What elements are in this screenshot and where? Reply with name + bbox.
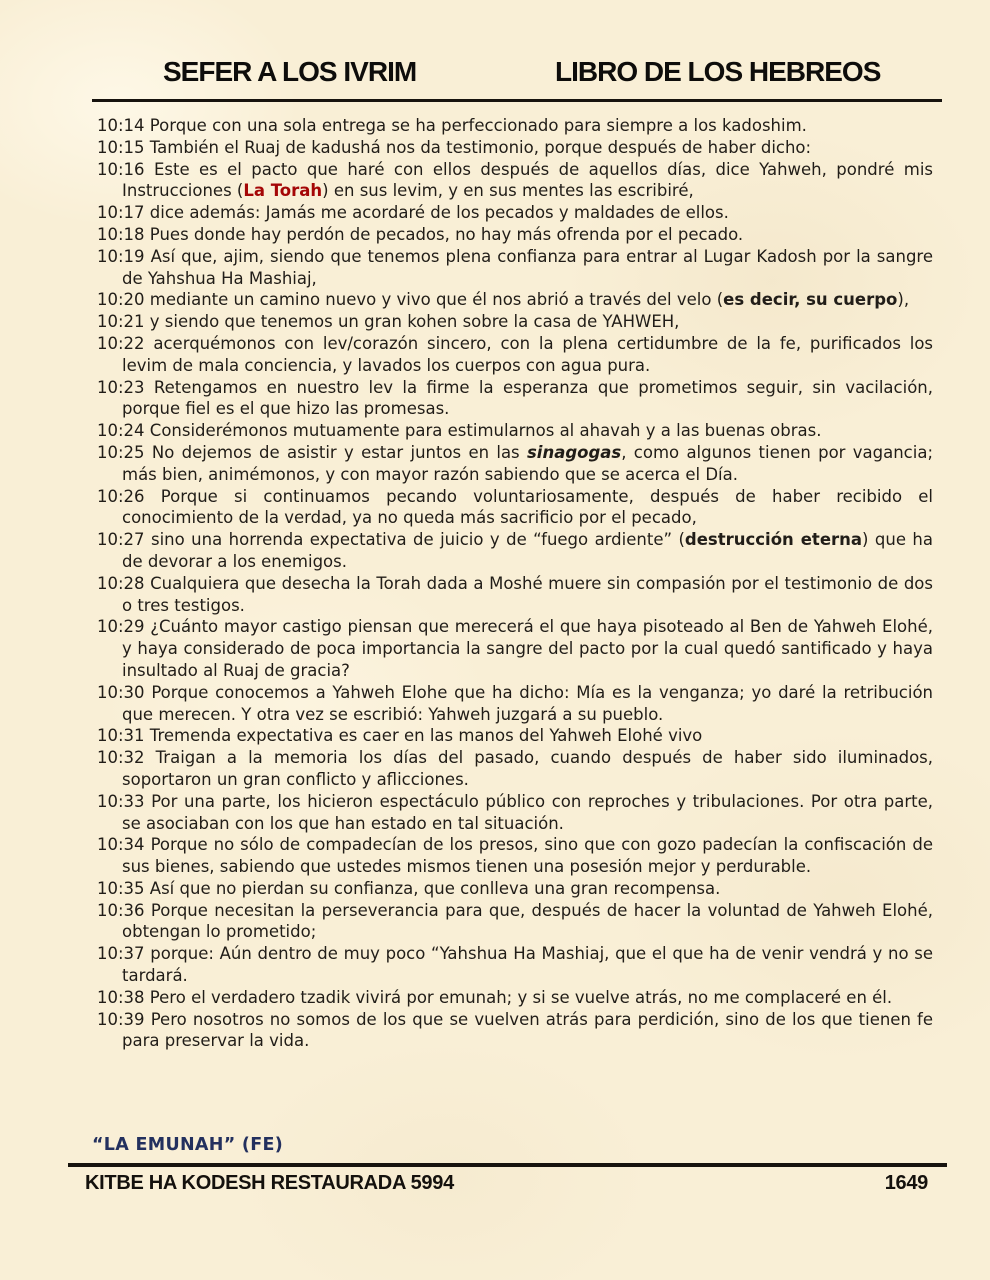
verse-10-26: 10:26 Porque si continuamos pecando volu… (97, 486, 933, 530)
verse-10-31: 10:31 Tremenda expectativa es caer en la… (97, 725, 933, 747)
verse-number: 10:20 (97, 290, 150, 309)
verse-text-segment: sino una horrenda expectativa de juicio … (151, 530, 685, 549)
verse-number: 10:29 (97, 617, 150, 636)
verse-10-39: 10:39 Pero nosotros no somos de los que … (97, 1009, 933, 1053)
verse-text-segment: Porque no sólo de compadecían de los pre… (122, 835, 933, 876)
verse-text-segment: acerquémonos con lev/corazón sincero, co… (122, 334, 933, 375)
verse-10-38: 10:38 Pero el verdadero tzadik vivirá po… (97, 987, 933, 1009)
verse-text-segment: sinagogas (527, 443, 621, 462)
verse-number: 10:14 (97, 116, 150, 135)
verse-text-segment: Así que no pierdan su confianza, que con… (150, 879, 721, 898)
verse-10-25: 10:25 No dejemos de asistir y estar junt… (97, 442, 933, 486)
verse-number: 10:19 (97, 247, 151, 266)
verse-number: 10:34 (97, 835, 151, 854)
verse-number: 10:32 (97, 748, 156, 767)
verse-10-17: 10:17 dice además: Jamás me acordaré de … (97, 202, 933, 224)
verse-10-14: 10:14 Porque con una sola entrega se ha … (97, 115, 933, 137)
verse-10-37: 10:37 porque: Aún dentro de muy poco “Ya… (97, 943, 933, 987)
verse-10-35: 10:35 Así que no pierdan su confianza, q… (97, 878, 933, 900)
verse-text-segment: Porque con una sola entrega se ha perfec… (150, 116, 807, 135)
verse-number: 10:28 (97, 574, 150, 593)
verse-10-36: 10:36 Porque necesitan la perseverancia … (97, 900, 933, 944)
header-title-hebrew-transliteration: SEFER A LOS IVRIM (163, 56, 416, 88)
verse-number: 10:15 (97, 138, 150, 157)
verse-number: 10:33 (97, 792, 151, 811)
verse-text-segment: Cualquiera que desecha la Torah dada a M… (122, 574, 933, 615)
verse-text-segment: También el Ruaj de kadushá nos da testim… (150, 138, 811, 157)
verse-text-segment: ), (897, 290, 909, 309)
verse-number: 10:22 (97, 334, 153, 353)
verse-10-29: 10:29 ¿Cuánto mayor castigo piensan que … (97, 616, 933, 681)
verse-number: 10:39 (97, 1010, 151, 1029)
verse-text-segment: destrucción eterna (685, 530, 862, 549)
verse-text-segment: No dejemos de asistir y estar juntos en … (152, 443, 527, 462)
verse-text-segment: ) en sus levim, y en sus mentes las escr… (322, 181, 694, 200)
verse-list: 10:14 Porque con una sola entrega se ha … (97, 115, 933, 1052)
footer-edition-title: KITBE HA KODESH RESTAURADA 5994 (85, 1172, 454, 1195)
verse-number: 10:38 (97, 988, 150, 1007)
header-divider-line (92, 99, 942, 102)
verse-text-segment: La Torah (243, 181, 322, 200)
verse-number: 10:21 (97, 312, 150, 331)
verse-number: 10:31 (97, 726, 150, 745)
verse-text-segment: Pues donde hay perdón de pecados, no hay… (150, 225, 743, 244)
verse-text-segment: Porque necesitan la perseverancia para q… (122, 901, 933, 942)
verse-text-segment: Pero el verdadero tzadik vivirá por emun… (150, 988, 892, 1007)
verse-10-24: 10:24 Considerémonos mutuamente para est… (97, 420, 933, 442)
verse-text-segment: porque: Aún dentro de muy poco “Yahshua … (122, 944, 933, 985)
verse-10-30: 10:30 Porque conocemos a Yahweh Elohe qu… (97, 682, 933, 726)
verse-number: 10:36 (97, 901, 151, 920)
verse-number: 10:16 (97, 160, 154, 179)
scanned-book-page: SEFER A LOS IVRIM LIBRO DE LOS HEBREOS 1… (0, 0, 990, 1280)
verse-text-segment: dice además: Jamás me acordaré de los pe… (150, 203, 729, 222)
verse-text-segment: Considerémonos mutuamente para estimular… (150, 421, 822, 440)
verse-10-34: 10:34 Porque no sólo de compadecían de l… (97, 834, 933, 878)
verse-number: 10:25 (97, 443, 152, 462)
verse-10-16: 10:16 Este es el pacto que haré con ello… (97, 159, 933, 203)
verse-text-segment: y siendo que tenemos un gran kohen sobre… (150, 312, 680, 331)
verse-text-segment: ¿Cuánto mayor castigo piensan que merece… (122, 617, 933, 680)
verse-10-23: 10:23 Retengamos en nuestro lev la firme… (97, 377, 933, 421)
verse-10-21: 10:21 y siendo que tenemos un gran kohen… (97, 311, 933, 333)
verse-10-27: 10:27 sino una horrenda expectativa de j… (97, 529, 933, 573)
verse-number: 10:26 (97, 487, 161, 506)
verse-10-33: 10:33 Por una parte, los hicieron espect… (97, 791, 933, 835)
footer-page-number: 1649 (885, 1172, 928, 1195)
verse-10-15: 10:15 También el Ruaj de kadushá nos da … (97, 137, 933, 159)
verse-10-20: 10:20 mediante un camino nuevo y vivo qu… (97, 289, 933, 311)
verse-text-segment: Así que, ajim, siendo que tenemos plena … (122, 247, 933, 288)
verse-text-segment: Por una parte, los hicieron espectáculo … (122, 792, 933, 833)
verse-number: 10:30 (97, 683, 151, 702)
verse-number: 10:17 (97, 203, 150, 222)
verse-text-segment: Retengamos en nuestro lev la firme la es… (122, 378, 933, 419)
verse-10-28: 10:28 Cualquiera que desecha la Torah da… (97, 573, 933, 617)
footer-divider-line (68, 1163, 947, 1167)
verse-text-segment: Porque si continuamos pecando voluntario… (122, 487, 933, 528)
verse-text-segment: Pero nosotros no somos de los que se vue… (122, 1010, 933, 1051)
verse-text-segment: Traigan a la memoria los días del pasado… (122, 748, 933, 789)
verse-10-19: 10:19 Así que, ajim, siendo que tenemos … (97, 246, 933, 290)
verse-10-32: 10:32 Traigan a la memoria los días del … (97, 747, 933, 791)
verse-number: 10:24 (97, 421, 150, 440)
verse-text-segment: Porque conocemos a Yahweh Elohe que ha d… (122, 683, 933, 724)
page-footer: KITBE HA KODESH RESTAURADA 5994 1649 (85, 1172, 928, 1195)
verse-10-22: 10:22 acerquémonos con lev/corazón since… (97, 333, 933, 377)
verse-text-segment: Tremenda expectativa es caer en las mano… (150, 726, 702, 745)
verse-number: 10:18 (97, 225, 150, 244)
section-heading-la-emunah: “LA EMUNAH” (FE) (92, 1135, 283, 1155)
verse-10-18: 10:18 Pues donde hay perdón de pecados, … (97, 224, 933, 246)
verse-text-segment: es decir, su cuerpo (723, 290, 897, 309)
verse-number: 10:35 (97, 879, 150, 898)
verse-number: 10:37 (97, 944, 150, 963)
verse-text-segment: mediante un camino nuevo y vivo que él n… (150, 290, 723, 309)
verse-number: 10:27 (97, 530, 151, 549)
verse-number: 10:23 (97, 378, 154, 397)
header-title-spanish: LIBRO DE LOS HEBREOS (555, 56, 880, 88)
